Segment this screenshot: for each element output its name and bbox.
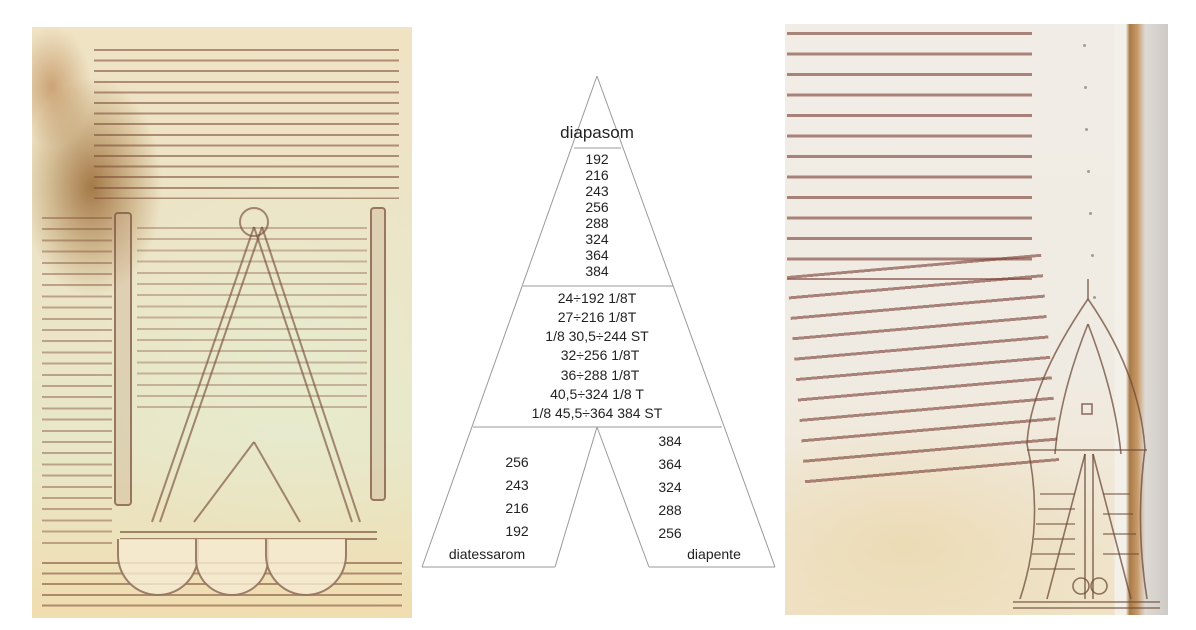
top-value: 192 xyxy=(585,151,609,167)
diatessarom-label: diatessarom xyxy=(449,546,525,562)
right-manuscript-photo xyxy=(785,24,1168,615)
ratio-row: 24÷192 1/8T xyxy=(558,290,637,306)
diatessarom-value: 192 xyxy=(505,523,529,539)
diapente-value: 288 xyxy=(658,502,682,518)
top-value: 324 xyxy=(585,231,609,247)
diapente-label: diapente xyxy=(687,546,741,562)
top-value: 364 xyxy=(585,247,609,263)
ratio-row: 1/8 30,5÷244 ST xyxy=(545,328,649,344)
diatessarom-value: 256 xyxy=(505,454,529,470)
top-value: 288 xyxy=(585,215,609,231)
top-value: 256 xyxy=(585,199,609,215)
diatessarom-value: 243 xyxy=(505,477,529,493)
ratio-row: 36÷288 1/8T xyxy=(561,367,640,383)
top-value: 216 xyxy=(585,167,609,183)
left-manuscript-photo xyxy=(32,27,412,618)
ratio-row: 1/8 45,5÷364 384 ST xyxy=(532,405,663,421)
top-value: 384 xyxy=(585,263,609,279)
diapente-value: 364 xyxy=(658,456,682,472)
diapente-value: 384 xyxy=(658,433,682,449)
diapente-value: 324 xyxy=(658,479,682,495)
ratio-row: 27÷216 1/8T xyxy=(558,309,637,325)
ratio-row: 32÷256 1/8T xyxy=(561,347,640,363)
manuscript-a-frame-drawing xyxy=(32,27,412,618)
manuscript-arch-monochord-drawing xyxy=(785,24,1168,615)
diapente-value: 256 xyxy=(658,525,682,541)
diapasom-label: diapasom xyxy=(560,123,634,142)
ratio-row: 40,5÷324 1/8 T xyxy=(550,386,644,402)
top-value: 243 xyxy=(585,183,609,199)
diatessarom-value: 216 xyxy=(505,500,529,516)
